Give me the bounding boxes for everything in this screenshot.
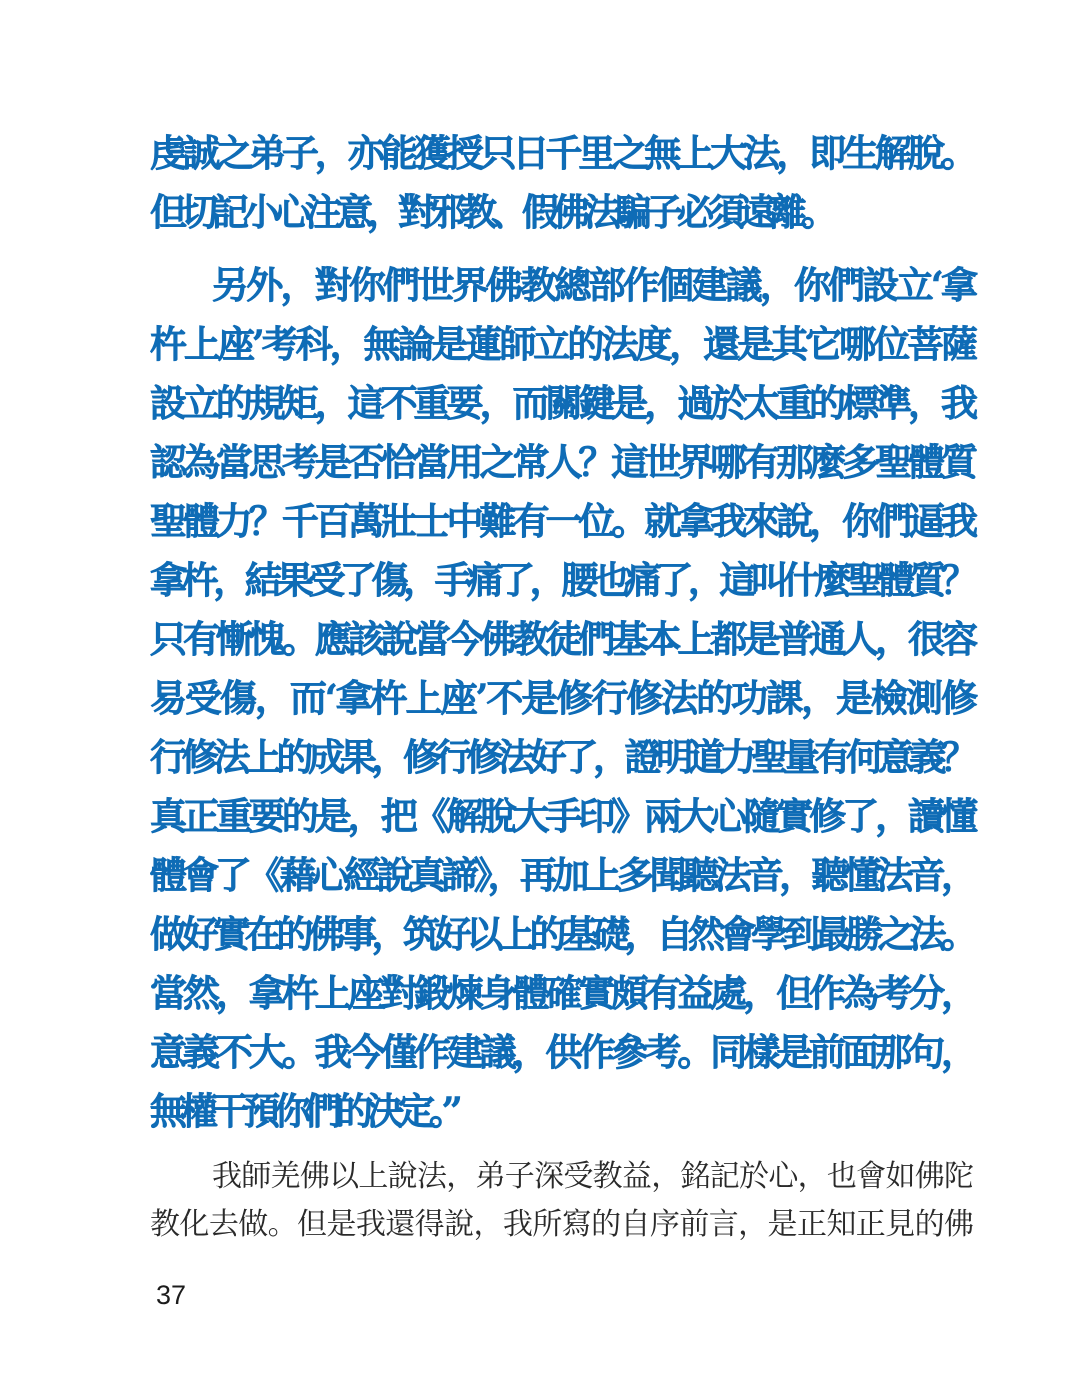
text-line: 做好實在的佛事，筑好以上的基礎，自然會學到最勝之法。 xyxy=(150,905,972,964)
text-line: 設立的規矩，這不重要，而關鍵是，過於太重的標準，我 xyxy=(150,374,972,433)
text-line: 認為當思考是否恰當用之常人？這世界哪有那麼多聖體質 xyxy=(150,433,972,492)
text-line: 拿杵，結果受了傷，手痛了，腰也痛了，這叫什麼聖體質？ xyxy=(150,551,972,610)
black-paragraph: 我師羌佛以上說法，弟子深受教益，銘記於心，也會如佛陀 教化去做。但是我還得說，我… xyxy=(150,1153,972,1249)
text-line: 只有慚愧。應該說當今佛教徒們基本上都是普通人，很容 xyxy=(150,610,972,669)
text-line: 意義不大。我今僅作建議，供作參考。同樣是前面那句， xyxy=(150,1023,972,1082)
blue-paragraph-1: 虔誠之弟子，亦能獲授只日千里之無上大法，即生解脫。 但切記小心注意，對邪教、假佛… xyxy=(150,124,972,242)
document-page: 虔誠之弟子，亦能獲授只日千里之無上大法，即生解脫。 但切記小心注意，對邪教、假佛… xyxy=(0,0,1080,1397)
text-line: 行修法上的成果，修行修法好了，證明道力聖量有何意義？ xyxy=(150,728,972,787)
text-line: 無權干預你們的決定。” xyxy=(150,1082,972,1141)
text-line: 但切記小心注意，對邪教、假佛法騙子必須遠離。 xyxy=(150,183,972,242)
text-line: 體會了《藉心經說真諦》，再加上多聞聽法音，聽懂法音， xyxy=(150,846,972,905)
text-line: 真正重要的是，把《解脫大手印》兩大心隨實修了，讀懂 xyxy=(150,787,972,846)
text-line: 杵上座’考科，無論是蓮師立的法度，還是其它哪位菩薩 xyxy=(150,315,972,374)
page-number: 37 xyxy=(156,1280,186,1311)
text-line: 虔誠之弟子，亦能獲授只日千里之無上大法，即生解脫。 xyxy=(150,124,972,183)
text-line: 易受傷，而‘拿杵上座’不是修行修法的功課，是檢測修 xyxy=(150,669,972,728)
text-line: 聖體力？千百萬壯士中難有一位。就拿我來說，你們逼我 xyxy=(150,492,972,551)
text-line: 另外，對你們世界佛教總部作個建議，你們設立‘拿 xyxy=(150,256,972,315)
text-line: 教化去做。但是我還得說，我所寫的自序前言，是正知正見的佛 xyxy=(150,1201,972,1249)
blue-paragraph-2: 另外，對你們世界佛教總部作個建議，你們設立‘拿 杵上座’考科，無論是蓮師立的法度… xyxy=(150,256,972,1141)
text-line: 我師羌佛以上說法，弟子深受教益，銘記於心，也會如佛陀 xyxy=(150,1153,972,1201)
text-line: 當然，拿杵上座對鍛煉身體確實頗有益處，但作為考分， xyxy=(150,964,972,1023)
text-column: 虔誠之弟子，亦能獲授只日千里之無上大法，即生解脫。 但切記小心注意，對邪教、假佛… xyxy=(150,124,972,1249)
